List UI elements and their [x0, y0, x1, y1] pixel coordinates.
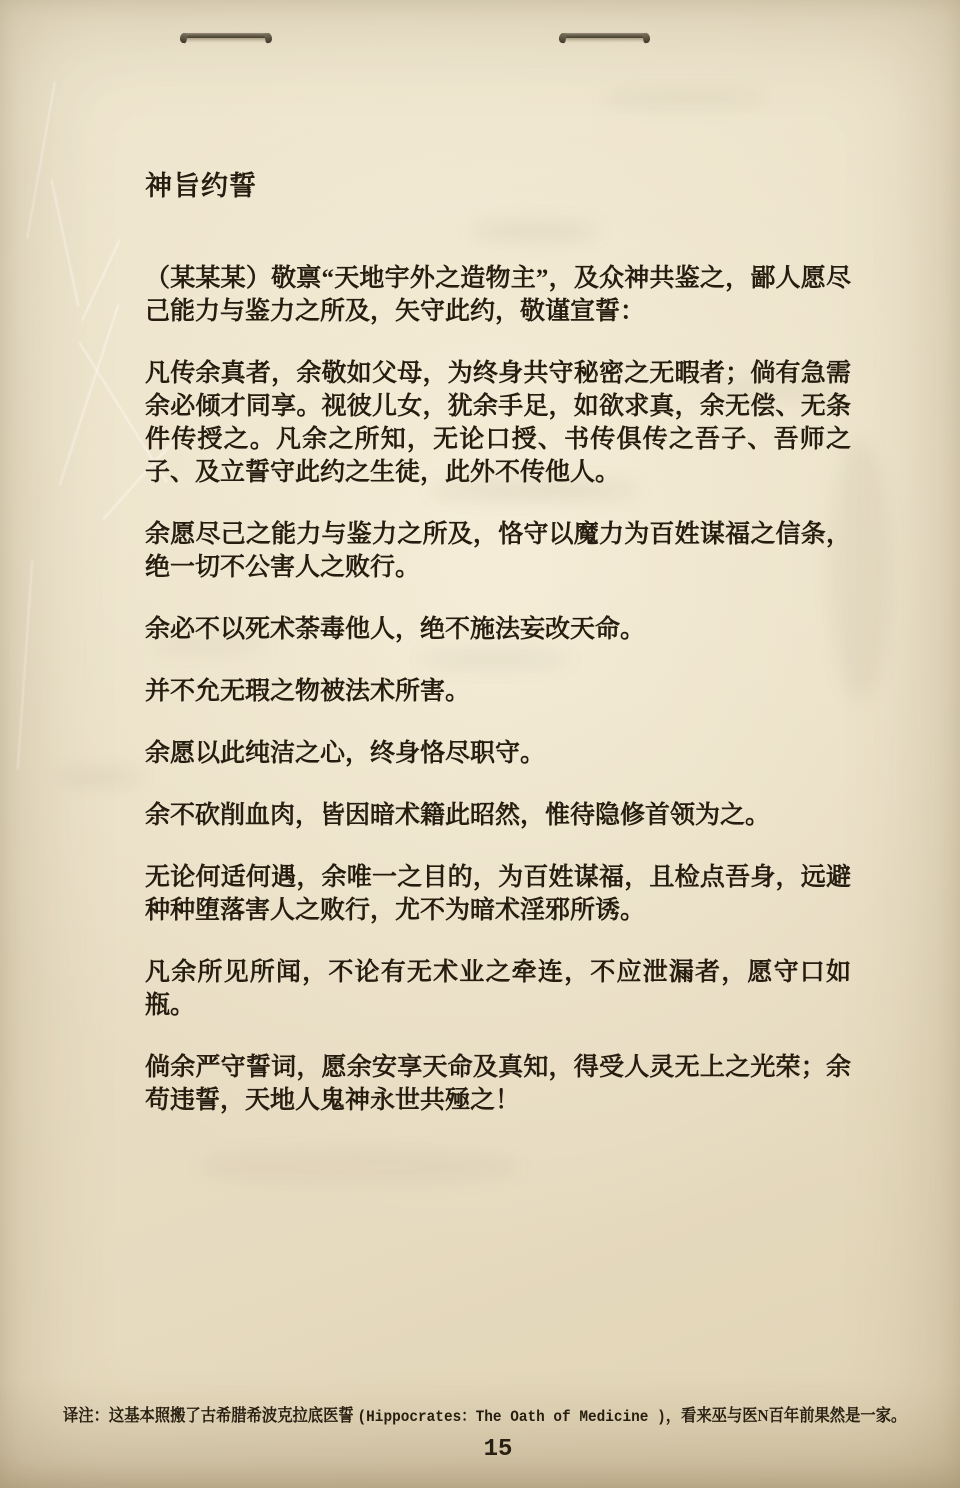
staple-icon	[562, 33, 647, 38]
translator-note-suffix: ，看来巫与医N百年前果然是一家。	[666, 1406, 907, 1425]
scanned-oath-page: 神旨约誓 （某某某）敬禀“天地宇外之造物主”，及众神共鉴之，鄙人愿尽己能力与鉴力…	[0, 0, 960, 1488]
oath-paragraph: 无论何适何遇，余唯一之目的，为百姓谋福，且检点吾身，远避种种堕落害人之败行，尤不…	[145, 861, 851, 927]
staple-icon	[183, 33, 269, 38]
oath-paragraph: 凡传余真者，余敬如父母，为终身共守秘密之无暇者；倘有急需余必倾才同享。视彼儿女，…	[145, 357, 851, 489]
paper-crease	[26, 81, 56, 239]
oath-paragraph: 并不允无瑕之物被法术所害。	[145, 675, 851, 708]
oath-paragraph: 凡余所见所闻，不论有无术业之牵连，不应泄漏者，愿守口如瓶。	[145, 956, 851, 1022]
page-title: 神旨约誓	[145, 170, 851, 202]
oath-content: 神旨约誓 （某某某）敬禀“天地宇外之造物主”，及众神共鉴之，鄙人愿尽己能力与鉴力…	[145, 170, 851, 1146]
oath-paragraph: 余愿以此纯洁之心，终身恪尽职守。	[145, 737, 851, 770]
paper-stain	[600, 90, 770, 106]
translator-note: 译注：这基本照搬了古希腊希波克拉底医誓 (Hippocrates：The Oat…	[63, 1401, 906, 1426]
oath-paragraph: 余愿尽己之能力与鉴力之所及，恪守以魔力为百姓谋福之信条，绝一切不公害人之败行。	[145, 518, 851, 584]
translator-note-latin: (Hippocrates：The Oath of Medicine )	[358, 1408, 666, 1426]
paper-crease	[17, 560, 34, 770]
paper-stain	[200, 1150, 520, 1184]
oath-paragraph: 余不砍削血肉，皆因暗术籍此昭然，惟待隐修首领为之。	[145, 799, 851, 832]
oath-paragraph: （某某某）敬禀“天地宇外之造物主”，及众神共鉴之，鄙人愿尽己能力与鉴力之所及，矢…	[145, 262, 851, 328]
bottom-shade	[0, 1378, 960, 1488]
oath-paragraph: 倘余严守誓词，愿余安享天命及真知，得受人灵无上之光荣；余苟违誓，天地人鬼神永世共…	[145, 1051, 851, 1117]
paper-crease	[51, 179, 80, 307]
translator-note-prefix: 译注：这基本照搬了古希腊希波克拉底医誓	[63, 1406, 358, 1425]
oath-paragraph: 余必不以死术荼毒他人，绝不施法妄改天命。	[145, 613, 851, 646]
page-number: 15	[0, 1436, 960, 1463]
paper-stain	[58, 770, 143, 784]
